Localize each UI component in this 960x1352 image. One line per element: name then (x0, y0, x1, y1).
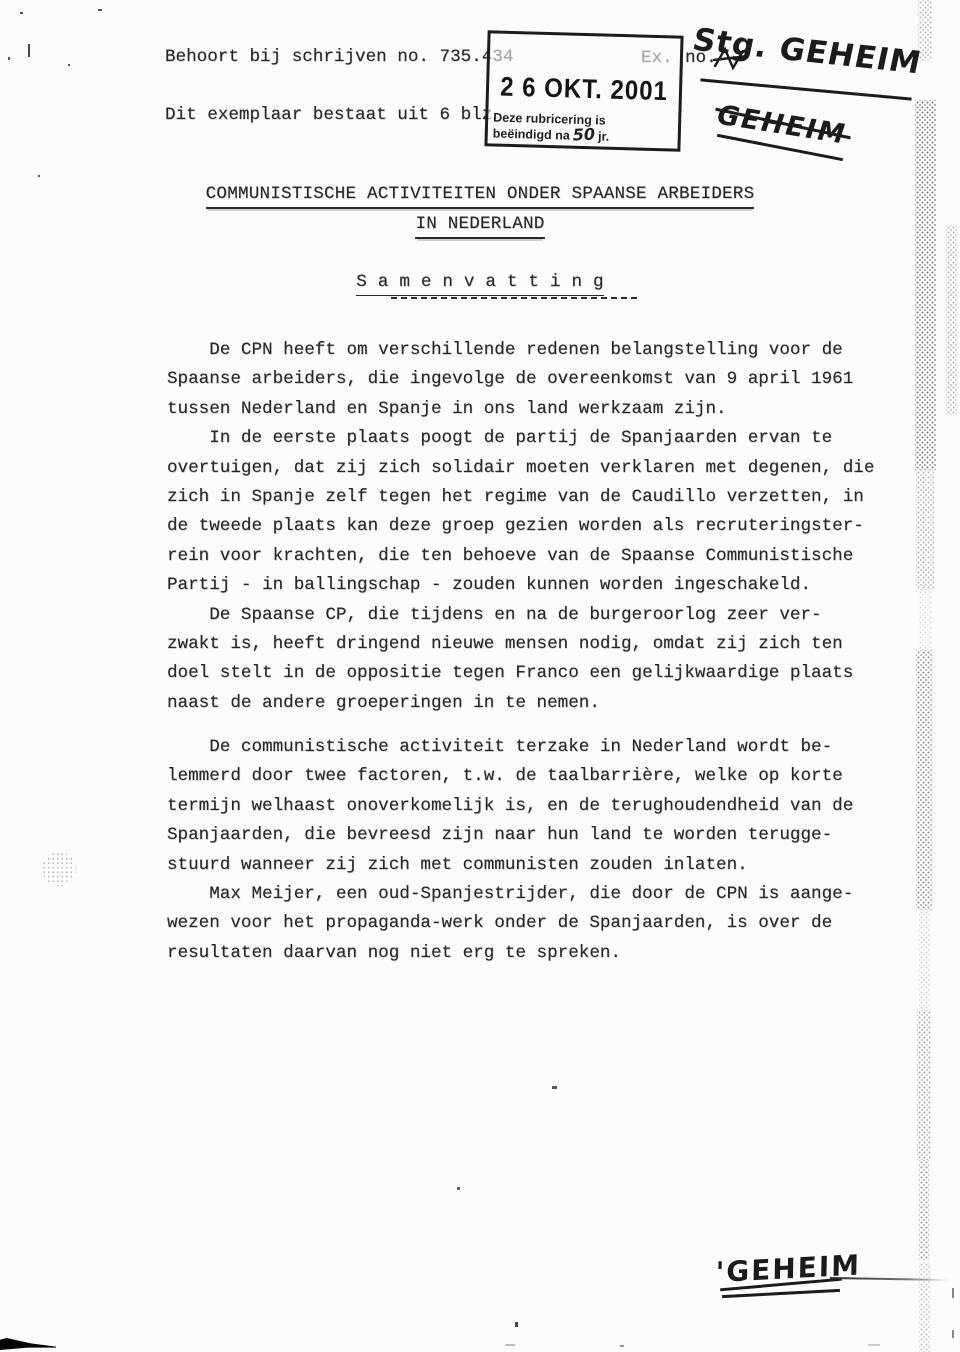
scan-speck (868, 1344, 880, 1346)
scan-speck (505, 1344, 515, 1346)
scan-noise-band (946, 225, 958, 415)
scan-speck (952, 1330, 954, 1338)
scan-speck (552, 1086, 557, 1089)
scan-noise-band (917, 1010, 931, 1160)
scan-speck (620, 1345, 624, 1347)
stamp-note-line2a: beëindigd na (493, 126, 570, 142)
header-copies-line: Dit exemplaar bestaat uit 6 blz (165, 104, 492, 126)
scan-noise-band (916, 650, 933, 910)
scan-edge-artifact (0, 1338, 56, 1350)
scan-smudge (42, 852, 76, 886)
document-title-line1: COMMUNISTISCHE ACTIVITEITEN ONDER SPAANS… (0, 184, 960, 209)
stamp-handwritten-years: 50 (570, 127, 599, 142)
document-subtitle: S a m e n v a t t i n g (0, 272, 960, 296)
footer-geheim-tick: ' (715, 1255, 726, 1289)
geheim-crossed-handwriting: GEHEIM (712, 100, 851, 150)
scan-speck (457, 1187, 460, 1190)
header-reference-line: Behoort bij schrijven no. 735.434 (165, 46, 513, 68)
scan-noise-band (915, 100, 936, 470)
scan-noise-band (918, 0, 932, 62)
subtitle-dashed-underline (391, 297, 637, 299)
scan-noise-band (918, 590, 932, 650)
footer-geheim-underline (722, 1289, 840, 1298)
scan-noise-band (919, 1160, 929, 1260)
body-paragraphs-2: De communistische activiteit terzake in … (167, 733, 853, 968)
stamp-note: Deze rubricering is beëindigd na50jr. (493, 111, 610, 143)
declassification-stamp-box: 2 6 OKT. 2001 Deze rubricering is beëind… (484, 30, 683, 151)
scan-speck (68, 64, 70, 66)
scan-speck (28, 44, 30, 57)
body-paragraphs-1: De CPN heeft om verschillende redenen be… (167, 336, 874, 718)
scan-speck (98, 9, 102, 11)
scan-speck (38, 175, 40, 177)
scan-speck (952, 1288, 954, 1298)
document-title-line2: IN NEDERLAND (0, 214, 960, 239)
scan-speck (20, 12, 23, 14)
scan-noise-band (916, 470, 934, 590)
stamp-note-line2b: jr. (598, 129, 610, 143)
stamp-date: 2 6 OKT. 2001 (489, 72, 680, 109)
scan-speck (8, 57, 10, 60)
stg-geheim-underline (700, 78, 911, 100)
scan-noise-band (919, 1262, 931, 1352)
scan-speck (515, 1322, 518, 1327)
scanned-document-page: Behoort bij schrijven no. 735.434 Dit ex… (0, 0, 960, 1352)
scan-noise-band (919, 910, 931, 1010)
